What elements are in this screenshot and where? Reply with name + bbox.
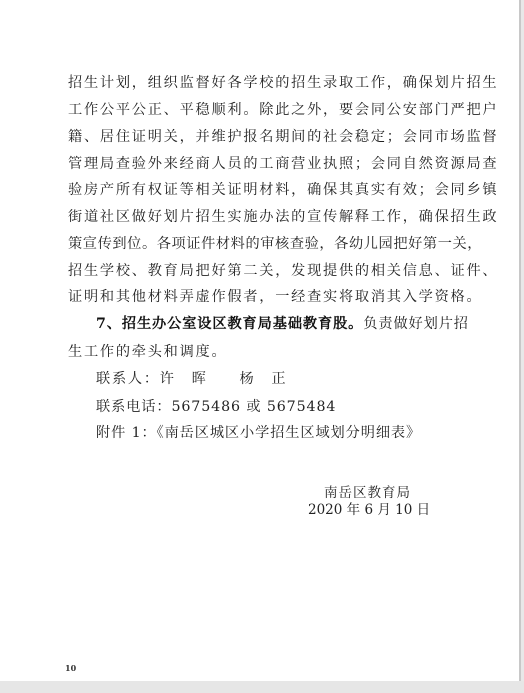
paragraph-line: 招生学校、教育局把好第二关，发现提供的相关信息、证件、 (68, 261, 438, 281)
paragraph-line: 籍、居住证明关，并维护报名期间的社会稳定；会同市场监督 (68, 127, 438, 147)
paragraph-line: 街道社区做好划片招生实施办法的宣传解释工作，确保招生政 (68, 207, 438, 227)
paragraph-line: 验房产所有权证等相关证明材料，确保其真实有效；会同乡镇 (68, 180, 438, 200)
paragraph-line: 管理局查验外来经商人员的工商营业执照；会同自然资源局查 (68, 154, 438, 174)
paragraph-line: 招生计划，组织监督好各学校的招生录取工作，确保划片招生 (68, 73, 438, 93)
page-number: 10 (65, 663, 76, 673)
document-page: 招生计划，组织监督好各学校的招生录取工作，确保划片招生 工作公平公正、平稳顺利。… (0, 0, 521, 681)
section-7-line: 7、招生办公室设区教育局基础教育股。负责做好划片招 (96, 314, 466, 334)
contact-person: 联系人：许 晖 杨 正 (96, 369, 466, 389)
section-7-text-cont: 生工作的牵头和调度。 (68, 342, 438, 362)
paragraph-line: 证明和其他材料弄虚作假者，一经查实将取消其入学资格。 (68, 287, 438, 307)
section-7-heading: 7、招生办公室设区教育局基础教育股。 (96, 316, 363, 332)
signature-date: 2020 年 6 月 10 日 (308, 501, 430, 519)
contact-phone: 联系电话：5675486 或 5675484 (96, 397, 466, 417)
signature-org: 南岳区教育局 (324, 484, 411, 502)
attachment-line: 附件 1：《南岳区城区小学招生区域划分明细表》 (96, 423, 466, 443)
viewer-background (0, 681, 524, 693)
paragraph-line: 工作公平公正、平稳顺利。除此之外，要会同公安部门严把户 (68, 100, 438, 120)
section-7-text: 负责做好划片招 (363, 316, 469, 332)
paragraph-line: 策宣传到位。各项证件材料的审核查验，各幼儿园把好第一关， (68, 234, 438, 254)
